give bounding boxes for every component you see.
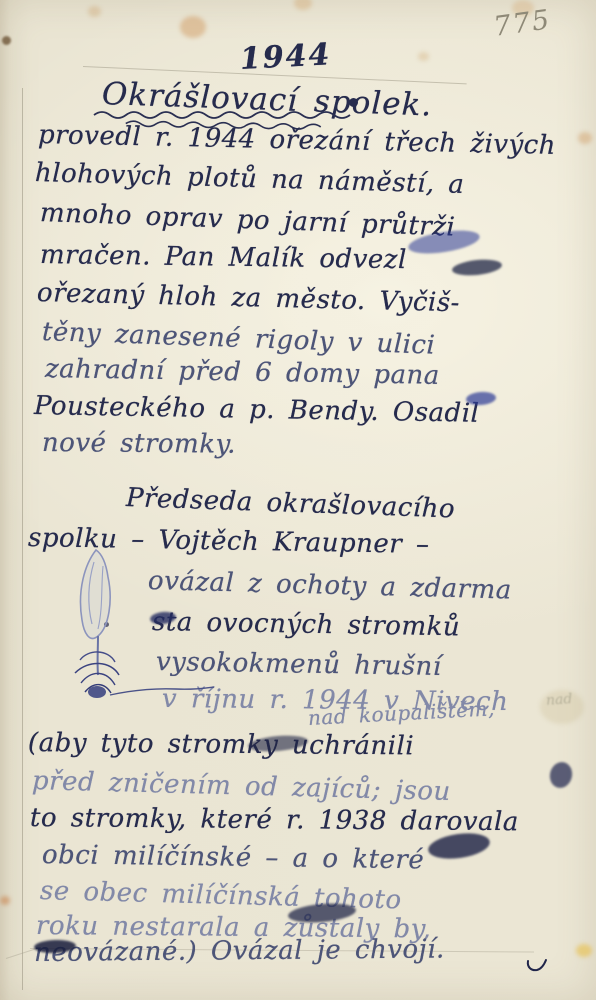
- foxing-stain: [2, 36, 11, 45]
- foxing-stain: [578, 132, 592, 144]
- wrapped-sapling-sketch-icon: [58, 542, 223, 707]
- ink-blot: [466, 391, 497, 406]
- manuscript-line: mračen. Pan Malík odvezl: [40, 240, 407, 275]
- foxing-stain: [0, 896, 10, 905]
- manuscript-line: hlohových plotů na náměstí, a: [35, 158, 465, 200]
- pen-checkmark-icon: [526, 958, 550, 974]
- page-number: 775: [492, 4, 553, 43]
- year-heading: 1944: [239, 37, 332, 77]
- manuscript-line: to stromky, které r. 1938 darovala: [30, 803, 519, 837]
- manuscript-line: ořezaný hloh za město. Vyčiš-: [37, 278, 461, 318]
- margin-rule-line: [22, 88, 23, 990]
- manuscript-line: Předseda okrašlovacího: [125, 483, 455, 524]
- foxing-stain: [180, 16, 206, 38]
- manuscript-line: provedl r. 1944 ořezání třech živých: [38, 120, 557, 161]
- manuscript-line: mnoho oprav po jarní průtrži: [39, 198, 455, 242]
- manuscript-page: 775 1944 Okrášlovací spolek. provedl r. …: [0, 0, 596, 1000]
- ink-blot: [451, 257, 502, 277]
- foxing-stain: [418, 52, 429, 61]
- manuscript-line: (aby tyto stromky uchránili: [28, 728, 414, 761]
- manuscript-line: obci milíčínské – a o které: [42, 840, 425, 875]
- manuscript-line: Pousteckého a p. Bendy. Osadil: [34, 391, 480, 429]
- manuscript-line: neovázané.) Ovázal je chvojí.: [34, 934, 445, 968]
- title-end-dot: [349, 98, 358, 107]
- foxing-stain: [294, 0, 312, 10]
- foxing-stain: [576, 944, 592, 957]
- margin-pencil-note: nad: [545, 691, 572, 709]
- manuscript-line: před zničením od zajíců; jsou: [32, 766, 451, 807]
- ink-blot: [547, 760, 575, 791]
- manuscript-line: zahradní před 6 domy pana: [45, 354, 440, 391]
- manuscript-line: nové stromky.: [42, 428, 236, 460]
- foxing-stain: [88, 6, 101, 17]
